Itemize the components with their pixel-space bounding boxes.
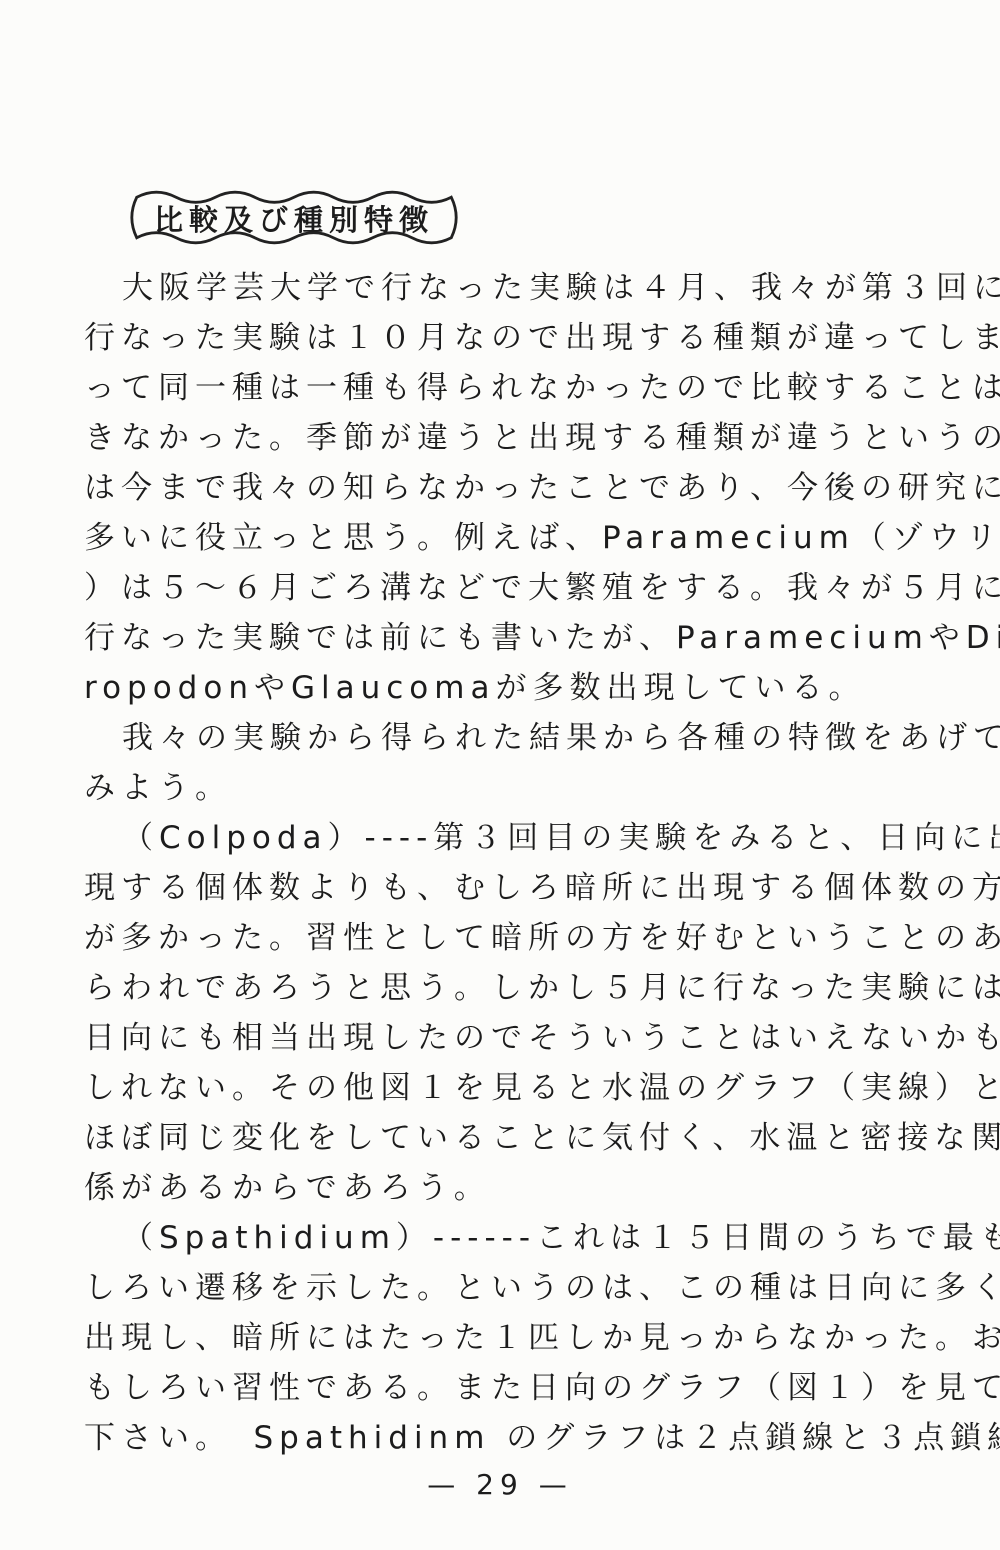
text-line: ）は５～６月ごろ溝などで大繁殖をする。我々が５月に (84, 563, 926, 613)
text-line: は今まで我々の知らなかったことであり、今後の研究に (84, 463, 926, 513)
text-line: しろい遷移を示した。というのは、この種は日向に多く (84, 1263, 926, 1313)
text-line: 日向にも相当出現したのでそういうことはいえないかも (84, 1013, 926, 1063)
text-line: 出現し、暗所にはたった１匹しか見っからなかった。お (84, 1313, 926, 1363)
text-line: 係があるからであろう。 (84, 1163, 926, 1213)
text-line: ほぼ同じ変化をしていることに気付く、水温と密接な関 (84, 1113, 926, 1163)
text-line: って同一種は一種も得られなかったので比較することはで (84, 363, 926, 413)
scanned-document-page: 比較及び種別特徴 大阪学芸大学で行なった実験は４月、我々が第３回に 行なった実験… (0, 0, 1000, 1550)
body-text: 大阪学芸大学で行なった実験は４月、我々が第３回に 行なった実験は１０月なので出現… (84, 263, 926, 1463)
text-line: 行なった実験では前にも書いたが、ParameciumやDiapho (84, 613, 926, 663)
text-line: らわれであろうと思う。しかし５月に行なった実験には (84, 963, 926, 1013)
text-line: が多かった。習性として暗所の方を好むということのあ (84, 913, 926, 963)
text-line: 我々の実験から得られた結果から各種の特徴をあげて (84, 713, 926, 763)
section-title-box: 比較及び種別特徴 (128, 186, 460, 249)
text-line: 大阪学芸大学で行なった実験は４月、我々が第３回に (84, 263, 926, 313)
text-line: （Colpoda）----第３回目の実験をみると、日向に出 (84, 813, 926, 863)
text-line: きなかった。季節が違うと出現する種類が違うというの (84, 413, 926, 463)
text-line: もしろい習性である。また日向のグラフ（図１）を見て (84, 1363, 926, 1413)
text-line: 現する個体数よりも、むしろ暗所に出現する個体数の方 (84, 863, 926, 913)
text-line: 行なった実験は１０月なので出現する種類が違ってしま (84, 313, 926, 363)
page-content: 比較及び種別特徴 大阪学芸大学で行なった実験は４月、我々が第３回に 行なった実験… (84, 186, 926, 1463)
text-line: （Spathidium）------これは１５日間のうちで最もおも (84, 1213, 926, 1263)
text-line: ropodonやGlaucomaが多数出現している。 (84, 663, 926, 713)
text-line: しれない。その他図１を見ると水温のグラフ（実線）と (84, 1063, 926, 1113)
page-number: — 29 — (0, 1468, 1000, 1501)
section-title: 比較及び種別特徴 (154, 203, 434, 237)
text-line: みよう。 (84, 763, 926, 813)
text-line: 多いに役立っと思う。例えば、Paramecium（ゾウリムシ (84, 513, 926, 563)
text-line: 下さい。 Spathidinm のグラフは２点鎖線と３点鎖線で (84, 1413, 926, 1463)
